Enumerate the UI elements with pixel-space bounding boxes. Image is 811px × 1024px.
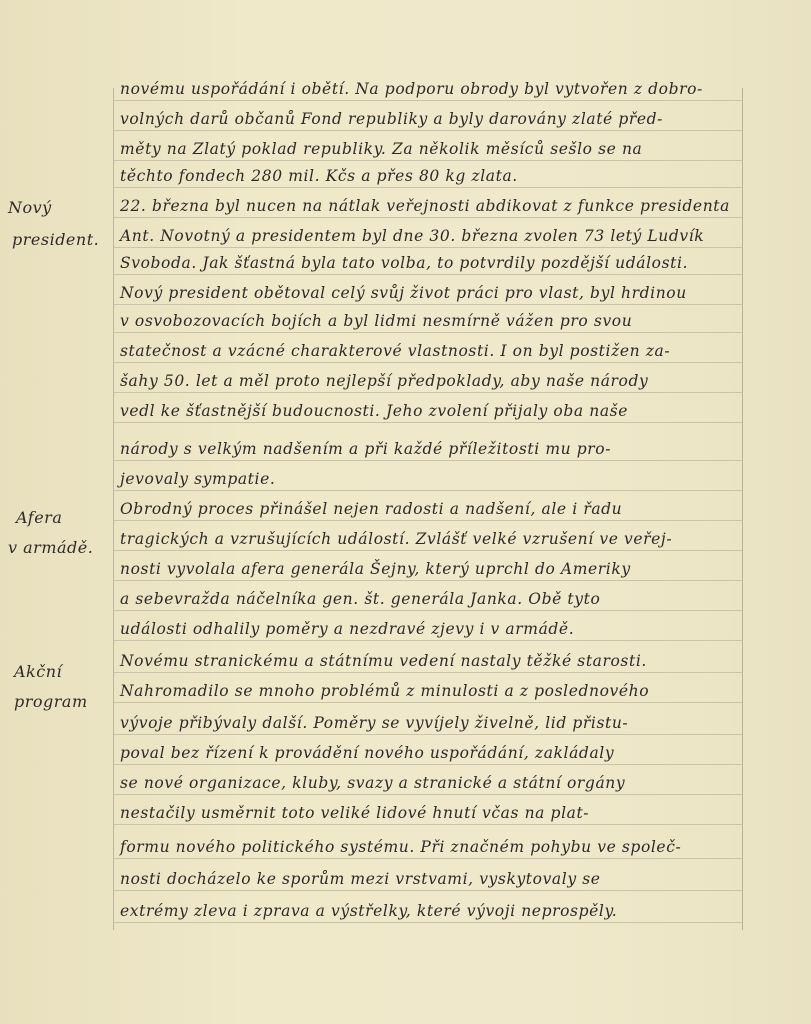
text-line: Nový president obětoval celý svůj život …	[120, 284, 687, 302]
ruled-line	[113, 858, 743, 859]
text-line: 22. března byl nucen na nátlak veřejnost…	[120, 197, 730, 215]
text-line: volných darů občanů Fond republiky a byl…	[120, 110, 663, 128]
ruled-line	[113, 304, 743, 305]
ruled-line	[113, 550, 743, 551]
ruled-line	[113, 610, 743, 611]
ruled-line	[113, 824, 743, 825]
ruled-line	[113, 734, 743, 735]
text-line: Nahromadilo se mnoho problémů z minulost…	[120, 682, 649, 700]
text-line: národy s velkým nadšením a při každé pří…	[120, 440, 611, 458]
ruled-line	[113, 490, 743, 491]
text-line: těchto fondech 280 mil. Kčs a přes 80 kg…	[120, 167, 518, 185]
text-line: extrémy zleva i zprava a výstřelky, kter…	[120, 902, 617, 920]
text-line: formu nového politického systému. Při zn…	[120, 838, 681, 856]
ruled-line	[113, 702, 743, 703]
text-line: události odhalily poměry a nezdravé zjev…	[120, 620, 574, 638]
ruled-line	[113, 460, 743, 461]
ruled-line	[113, 187, 743, 188]
text-line: Ant. Novotný a presidentem byl dne 30. b…	[120, 227, 704, 245]
right-margin-line	[742, 88, 743, 930]
margin-note-action-program-2: program	[14, 692, 88, 711]
ruled-line	[113, 520, 743, 521]
text-line: Obrodný proces přinášel nejen radosti a …	[120, 500, 622, 518]
ruled-line	[113, 890, 743, 891]
text-line: Svoboda. Jak šťastná byla tato volba, to…	[120, 254, 688, 272]
text-line: statečnost a vzácné charakterové vlastno…	[120, 342, 670, 360]
ruled-line	[113, 922, 743, 923]
text-line: a sebevražda náčelníka gen. št. generála…	[120, 590, 600, 608]
ruled-line	[113, 160, 743, 161]
margin-note-action-program-1: Akční	[14, 662, 62, 681]
text-line: poval bez řízení k provádění nového uspo…	[120, 744, 614, 762]
text-line: se nové organizace, kluby, svazy a stran…	[120, 774, 625, 792]
margin-note-new-president-2: president.	[12, 230, 99, 249]
ruled-line	[113, 274, 743, 275]
text-line: nosti vyvolala afera generála Šejny, kte…	[120, 560, 631, 578]
text-line: nestačily usměrnit toto veliké lidové hn…	[120, 804, 589, 822]
ruled-line	[113, 580, 743, 581]
text-line: měty na Zlatý poklad republiky. Za někol…	[120, 140, 642, 158]
text-line: Novému stranickému a státnímu vedení nas…	[120, 652, 647, 670]
text-line: tragických a vzrušujících událostí. Zvlá…	[120, 530, 672, 548]
margin-note-new-president-1: Nový	[8, 198, 52, 217]
ruled-line	[113, 764, 743, 765]
margin-note-army-affair-1: Afera	[16, 508, 62, 527]
text-line: v osvobozovacích bojích a byl lidmi nesm…	[120, 312, 632, 330]
text-line: novému uspořádání i obětí. Na podporu ob…	[120, 80, 703, 98]
ruled-line	[113, 362, 743, 363]
text-line: jevovaly sympatie.	[120, 470, 275, 488]
ruled-line	[113, 100, 743, 101]
ruled-line	[113, 217, 743, 218]
notebook-page: Nový president. Afera v armádě. Akční pr…	[0, 0, 811, 1024]
ruled-line	[113, 130, 743, 131]
left-margin-line	[113, 88, 114, 930]
ruled-line	[113, 332, 743, 333]
ruled-line	[113, 640, 743, 641]
text-line: vedl ke šťastnější budoucnosti. Jeho zvo…	[120, 402, 628, 420]
ruled-line	[113, 392, 743, 393]
ruled-line	[113, 247, 743, 248]
text-line: nosti docházelo ke sporům mezi vrstvami,…	[120, 870, 601, 888]
margin-note-army-affair-2: v armádě.	[8, 538, 93, 557]
ruled-line	[113, 794, 743, 795]
text-line: vývoje přibývaly další. Poměry se vyvíje…	[120, 714, 628, 732]
text-line: šahy 50. let a měl proto nejlepší předpo…	[120, 372, 648, 390]
ruled-line	[113, 422, 743, 423]
ruled-line	[113, 672, 743, 673]
